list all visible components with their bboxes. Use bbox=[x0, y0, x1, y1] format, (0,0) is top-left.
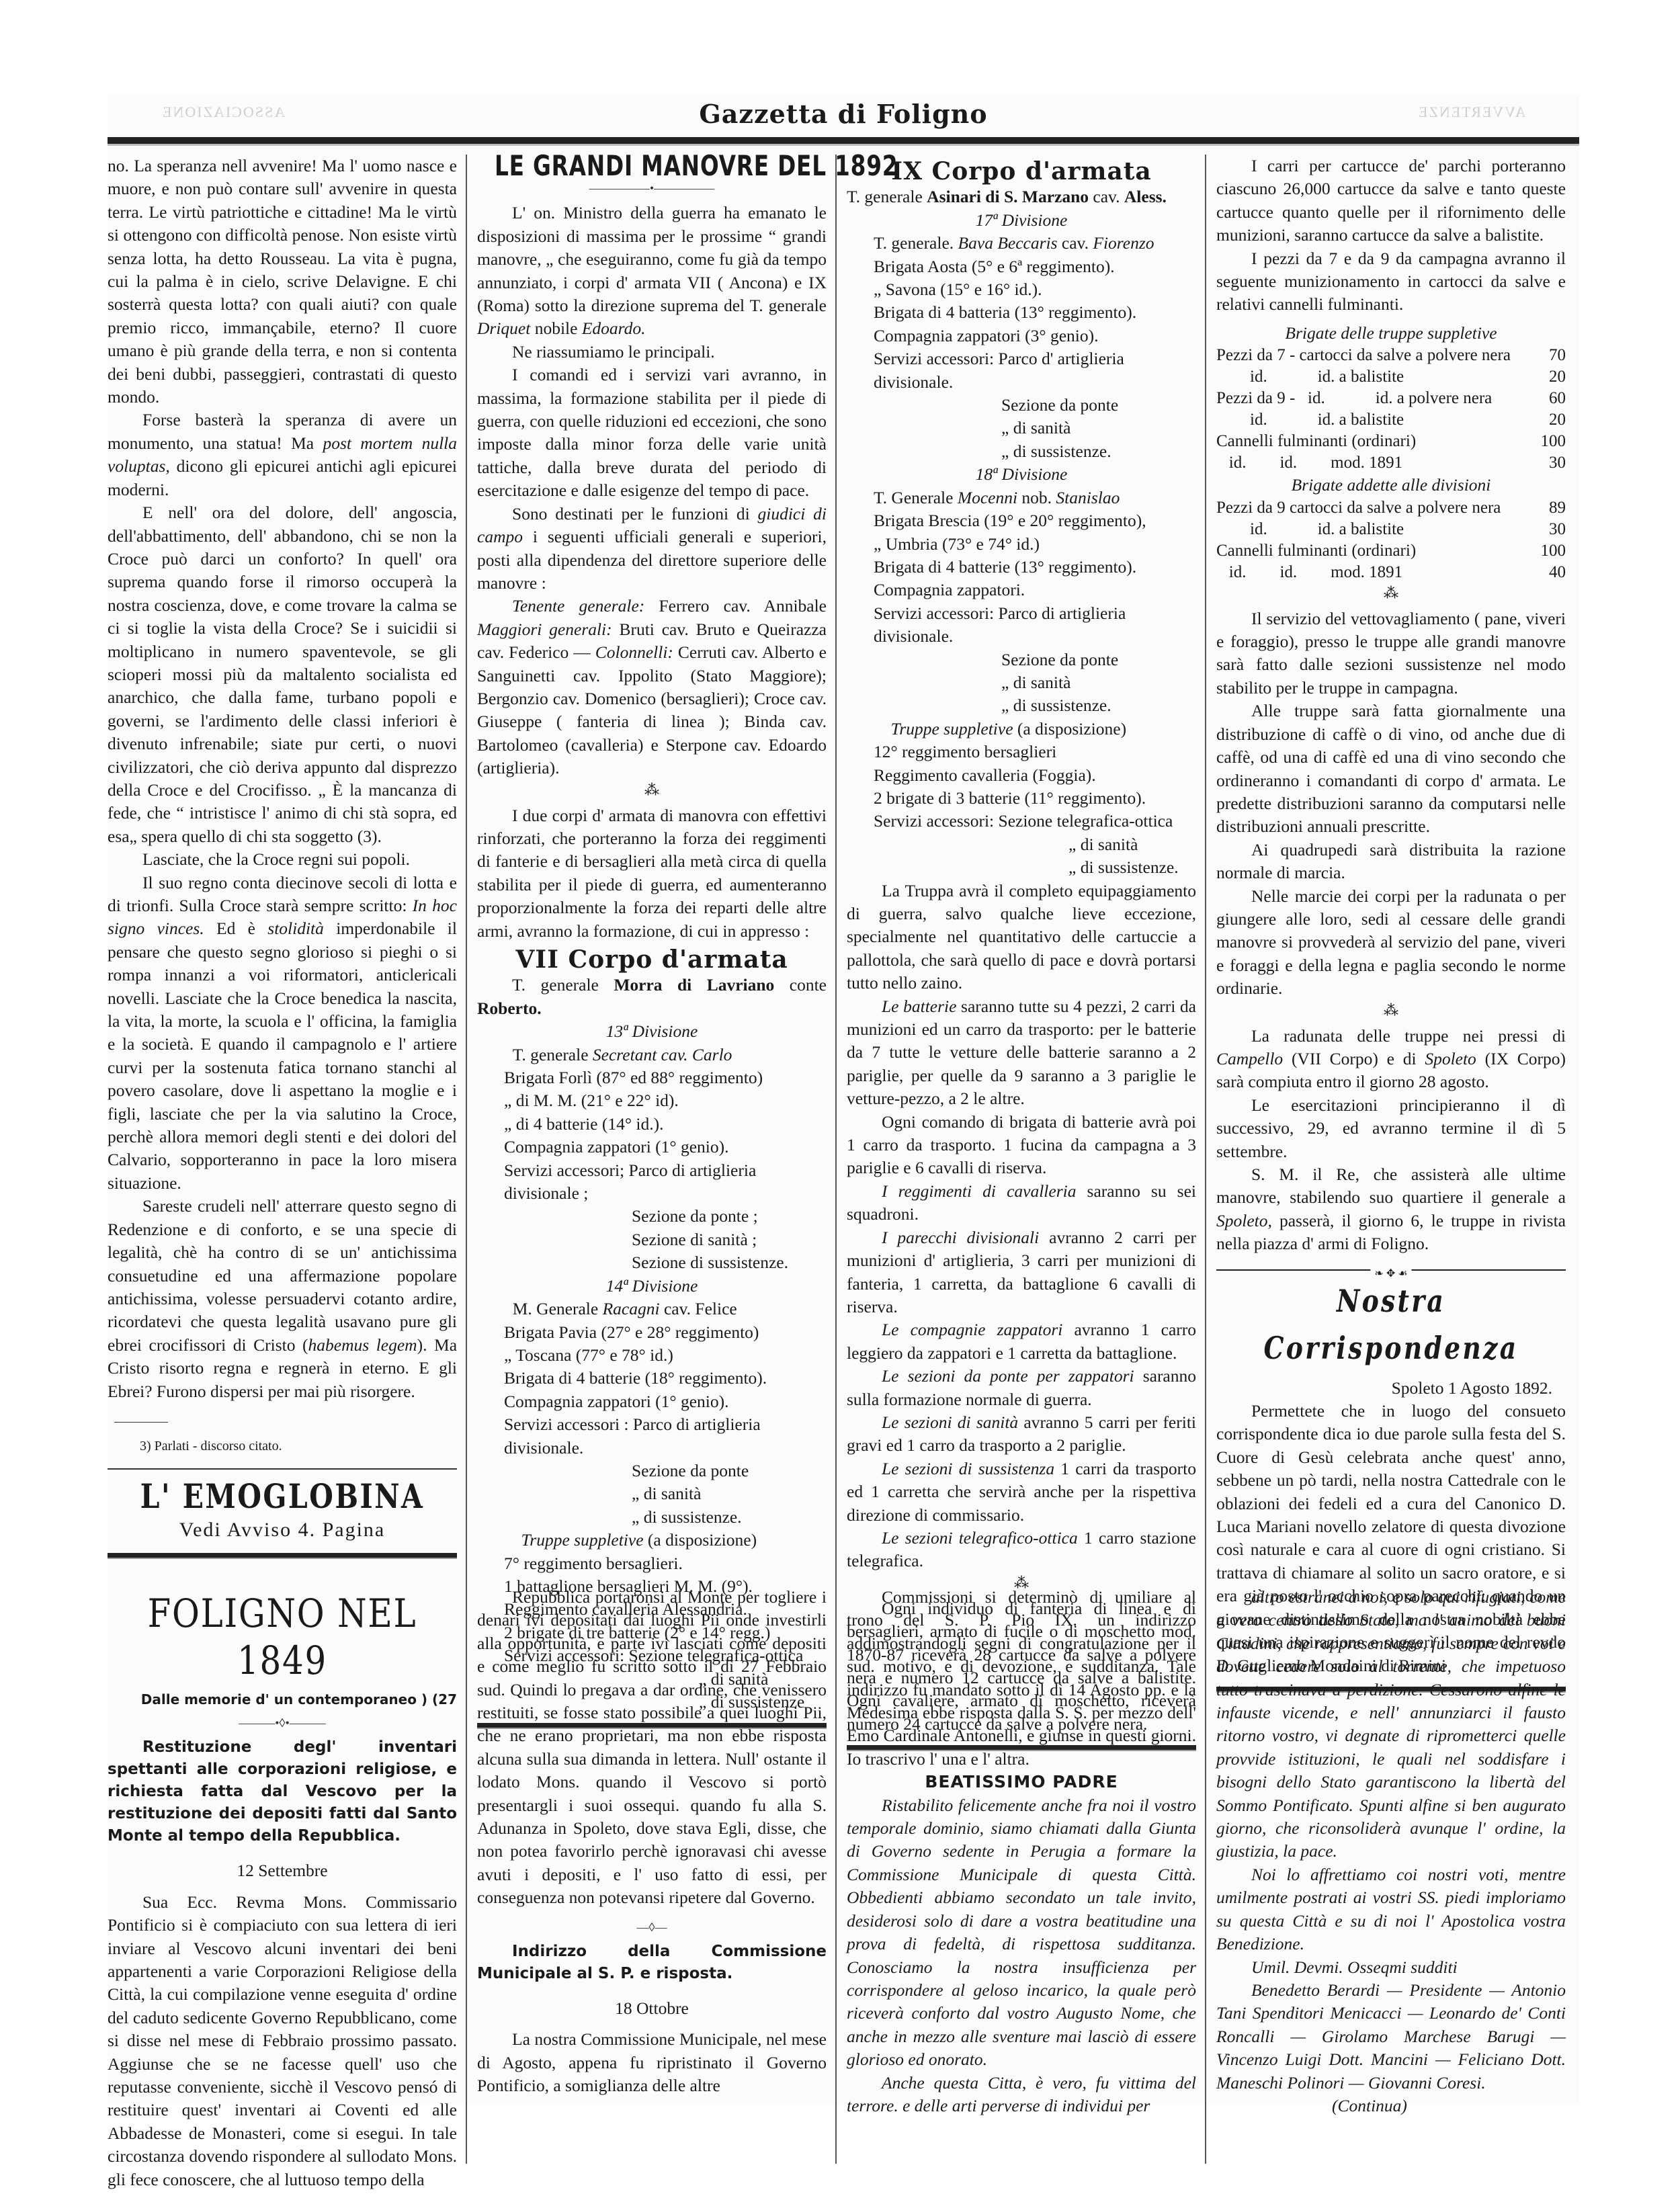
list-line: „ Toscana (77° e 78° id.) bbox=[477, 1344, 827, 1367]
division-commander: T. Generale Mocenni nob. Stanislao bbox=[847, 487, 1196, 509]
ammunition-table-suppletive: Pezzi da 7 - cartocci da salve a polvere… bbox=[1216, 345, 1566, 474]
list-line: 12° reggimento bersaglieri bbox=[847, 741, 1196, 763]
supplementary-heading: Truppe suppletive (a disposizione) bbox=[477, 1529, 827, 1552]
paragraph: T. generale Morra di Lavriano conte Robe… bbox=[477, 974, 827, 1020]
signatories: Benedetto Berardi — Presidente — Antonio… bbox=[1216, 1979, 1566, 2095]
paragraph: Sua Ecc. Revma Mons. Commissario Pontifi… bbox=[108, 1891, 457, 2191]
list-line: Reggimento cavalleria (Foggia). bbox=[847, 764, 1196, 787]
paragraph: Noi lo affrettiamo coi nostri voti, ment… bbox=[1216, 1863, 1566, 1956]
continued-note: (Continua) bbox=[1216, 2095, 1566, 2117]
division-commander: T. generale. Bava Beccaris cav. Fiorenzo bbox=[847, 232, 1196, 255]
paragraph: I parecchi divisionali avranno 2 carri p… bbox=[847, 1226, 1196, 1319]
ornament-rule: ❧ ✥ ☙ bbox=[1216, 1269, 1566, 1275]
ammunition-table-divisions: Pezzi da 9 cartocci da salve a polvere n… bbox=[1216, 497, 1566, 583]
bleed-through-text-right: AVVERTENZE bbox=[1417, 103, 1525, 121]
article-subtitle: Dalle memorie d' un contemporaneo ) (27 bbox=[108, 1688, 457, 1711]
advertisement-title: L' EMOGLOBINA bbox=[139, 1476, 425, 1517]
table-row: Cannelli fulminanti (ordinari)100 bbox=[1216, 540, 1566, 562]
article-summary: Restituzione degl' inventari spettanti a… bbox=[108, 1736, 457, 1847]
paragraph: Le sezioni di sanità avranno 5 carri per… bbox=[847, 1411, 1196, 1458]
section-heading: IX Corpo d'armata bbox=[847, 160, 1196, 183]
list-line: „ Savona (15° e 16° id.). bbox=[847, 278, 1196, 301]
list-line: „ di M. M. (21° e 22° id). bbox=[477, 1089, 827, 1112]
column-3-ix-corpo: IX Corpo d'armata T. generale Asinari di… bbox=[847, 155, 1196, 1751]
division-commander: M. Generale Racagni cav. Felice bbox=[477, 1298, 827, 1320]
paragraph: Sareste crudeli nell' atterrare questo s… bbox=[108, 1195, 457, 1403]
paragraph: E nell' ora del dolore, dell' angoscia, … bbox=[108, 501, 457, 848]
bleed-through-text-left: ASSOCIAZIONE bbox=[161, 103, 285, 121]
list-line: „ di sussistenze. bbox=[847, 440, 1196, 463]
closing: Umil. Devmi. Osseqmi sudditi bbox=[1216, 1956, 1566, 1979]
table-row: Cannelli fulminanti (ordinari)100 bbox=[1216, 431, 1566, 452]
column-divider bbox=[1205, 155, 1206, 2164]
paragraph: Alle truppe sarà fatta giornalmente una … bbox=[1216, 700, 1566, 838]
paragraph: Le esercitazioni principieranno il dì su… bbox=[1216, 1094, 1566, 1163]
division-heading: 14ª Divisione bbox=[477, 1275, 827, 1298]
paragraph: Le sezioni da ponte per zappatori sarann… bbox=[847, 1365, 1196, 1411]
paragraph: L' on. Ministro della guerra ha emanato … bbox=[477, 202, 827, 340]
masthead: ASSOCIAZIONE Gazzetta di Foligno AVVERTE… bbox=[108, 94, 1579, 134]
table-row: Pezzi da 9 - id. id. a polvere nera60 bbox=[1216, 388, 1566, 409]
paragraph: Tenente generale: Ferrero cav. Annibale … bbox=[477, 595, 827, 779]
ornament-rule: ―――――•――――― bbox=[477, 181, 827, 195]
bottom-column-4: altro estranei a noi, e solo qui rifugia… bbox=[1216, 1572, 1566, 2117]
newspaper-title: Gazzetta di Foligno bbox=[699, 99, 987, 129]
paragraph: Le sezioni di sussistenza 1 carri da tra… bbox=[847, 1458, 1196, 1527]
section-heading: VII Corpo d'armata bbox=[477, 948, 827, 971]
paragraph: Il servizio del vettovagliamento ( pane,… bbox=[1216, 607, 1566, 700]
paragraph: La radunata delle truppe nei pressi di C… bbox=[1216, 1025, 1566, 1094]
table-row: Pezzi da 7 - cartocci da salve a polvere… bbox=[1216, 345, 1566, 366]
dateline: 12 Settembre bbox=[108, 1859, 457, 1882]
column-4-munizioni-corrispondenza: I carri per cartucce de' parchi porteran… bbox=[1216, 155, 1566, 1693]
list-line: Compagnia zappatori (1° genio). bbox=[477, 1136, 827, 1158]
list-line: „ di sussistenze. bbox=[477, 1506, 827, 1529]
table-row: id. id. mod. 189130 bbox=[1216, 452, 1566, 474]
paragraph: I comandi ed i servizi vari avranno, in … bbox=[477, 364, 827, 502]
divider bbox=[108, 1468, 457, 1470]
paragraph: Anche questa Citta, è vero, fu vittima d… bbox=[847, 2072, 1196, 2118]
paragraph: Ne riassumiamo le principali. bbox=[477, 341, 827, 364]
footnote-rule bbox=[114, 1422, 168, 1423]
section-subheading: Indirizzo della Commissione Municipale a… bbox=[477, 1941, 827, 1985]
table-row: id. id. mod. 189140 bbox=[1216, 562, 1566, 583]
dateline: Spoleto 1 Agosto 1892. bbox=[1216, 1377, 1566, 1400]
list-line: Sezione da ponte bbox=[847, 394, 1196, 417]
advertisement-subtitle: Vedi Avviso 4. Pagina bbox=[108, 1517, 457, 1544]
column-2-grandi-manovre: LE GRANDI MANOVRE DEL 1892 ―――――•――――― L… bbox=[477, 155, 827, 1729]
list-line: Sezione da ponte ; bbox=[477, 1205, 827, 1228]
paragraph: Forse basterà la speranza di avere un mo… bbox=[108, 409, 457, 501]
paragraph: I reggimenti di cavalleria saranno su se… bbox=[847, 1180, 1196, 1226]
list-line: Servizi accessori: Parco di artiglieria … bbox=[847, 602, 1196, 648]
ornament-rule: —◊— bbox=[477, 1920, 827, 1934]
section-rule bbox=[108, 1553, 457, 1559]
list-line: Brigata Aosta (5° e 6ª reggimento). bbox=[847, 255, 1196, 278]
list-line: Brigata di 4 batteria (13° reggimento). bbox=[847, 301, 1196, 324]
division-heading: 17ª Divisione bbox=[847, 209, 1196, 232]
table-row: id. id. a balistite20 bbox=[1216, 409, 1566, 431]
list-line: „ di sanità bbox=[477, 1482, 827, 1505]
column-1-article-continuation: no. La speranza nell avvenire! Ma l' uom… bbox=[108, 155, 457, 1559]
list-line: Servizi accessori; Parco di artiglieria … bbox=[477, 1159, 827, 1206]
asterism-icon: ⁂ bbox=[1216, 587, 1566, 599]
paragraph: Le batterie saranno tutte su 4 pezzi, 2 … bbox=[847, 995, 1196, 1111]
table-heading: Brigate delle truppe suppletive bbox=[1216, 322, 1566, 345]
paragraph: I pezzi da 7 e da 9 da campagna avranno … bbox=[1216, 247, 1566, 316]
list-line: Compagnia zappatori. bbox=[847, 579, 1196, 601]
article-headline: LE GRANDI MANOVRE DEL 1892 bbox=[495, 155, 809, 177]
paragraph: Il suo regno conta diecinove secoli di l… bbox=[108, 872, 457, 1195]
bottom-column-2: Repubblica portaronsi al Monte per togli… bbox=[477, 1572, 827, 2097]
footnote: 3) Parlati - discorso citato. bbox=[108, 1435, 457, 1458]
article-headline: FOLIGNO NEL 1849 bbox=[132, 1590, 432, 1684]
paragraph: Le compagnie zappatori avranno 1 carro l… bbox=[847, 1318, 1196, 1365]
asterism-icon: ⁂ bbox=[1216, 1005, 1566, 1017]
paragraph: Nelle marcie dei corpi per la radunata o… bbox=[1216, 885, 1566, 1001]
list-line: Sezione da ponte bbox=[847, 648, 1196, 671]
supplementary-heading: Truppe suppletive (a disposizione) bbox=[847, 718, 1196, 741]
list-line: Sezione da ponte bbox=[477, 1460, 827, 1482]
list-line: „ di sussistenze. bbox=[847, 694, 1196, 717]
list-line: Servizi accessori: Sezione telegrafica-o… bbox=[847, 810, 1196, 833]
table-row: id. id. a balistite30 bbox=[1216, 519, 1566, 540]
list-line: Brigata di 4 batterie (13° reggimento). bbox=[847, 556, 1196, 579]
list-line: 7° reggimento bersaglieri. bbox=[477, 1552, 827, 1575]
list-line: Brigata di 4 batterie (18° reggimento). bbox=[477, 1367, 827, 1390]
ornament-rule: ―――•◊•――― bbox=[108, 1716, 457, 1730]
paragraph: Ristabilito felicemente anche fra noi il… bbox=[847, 1794, 1196, 2072]
list-line: „ di sanità bbox=[847, 671, 1196, 694]
list-line: Brigata Brescia (19° e 20° reggimento), bbox=[847, 509, 1196, 532]
column-divider bbox=[466, 155, 467, 2164]
list-line: Servizi accessori: Parco d' artiglieria … bbox=[847, 347, 1196, 394]
list-line: „ di 4 batterie (14° id.). bbox=[477, 1113, 827, 1136]
table-row: Pezzi da 9 cartocci da salve a polvere n… bbox=[1216, 497, 1566, 519]
paragraph: La nostra Commissione Municipale, nel me… bbox=[477, 2028, 827, 2097]
column-divider bbox=[835, 155, 837, 2164]
paragraph: S. M. il Re, che assisterà alle ultime m… bbox=[1216, 1163, 1566, 1256]
table-row: id. id. a balistite20 bbox=[1216, 366, 1566, 388]
paragraph: I due corpi d' armata di manovra con eff… bbox=[477, 804, 827, 943]
list-line: 2 brigate di 3 batterie (11° reggimento)… bbox=[847, 787, 1196, 810]
list-line: „ di sanità bbox=[847, 417, 1196, 439]
list-line: „ di sussistenze. bbox=[847, 856, 1196, 879]
list-line: Brigata Pavia (27° e 28° reggimento) bbox=[477, 1321, 827, 1344]
newspaper-page: ASSOCIAZIONE Gazzetta di Foligno AVVERTE… bbox=[108, 94, 1579, 2103]
asterism-icon: ⁂ bbox=[477, 784, 827, 796]
paragraph: Ogni comando di brigata di batterie avrà… bbox=[847, 1111, 1196, 1180]
paragraph: no. La speranza nell avvenire! Ma l' uom… bbox=[108, 155, 457, 409]
paragraph: Le sezioni telegrafico-ottica 1 carro st… bbox=[847, 1527, 1196, 1573]
paragraph: Ai quadrupedi sarà distribuita la razion… bbox=[1216, 839, 1566, 885]
paragraph: Commissioni si determinò di umiliare al … bbox=[847, 1586, 1196, 1771]
masthead-rule bbox=[108, 137, 1579, 146]
list-line: Brigata Forlì (87° ed 88° reggimento) bbox=[477, 1066, 827, 1089]
corps-commander: T. generale Asinari di S. Marzano cav. A… bbox=[847, 185, 1196, 208]
list-line: Sezione di sanità ; bbox=[477, 1228, 827, 1251]
letter-heading: BEATISSIMO PADRE bbox=[847, 1771, 1196, 1793]
bottom-column-1: FOLIGNO NEL 1849 Dalle memorie d' un con… bbox=[108, 1572, 457, 2191]
division-heading: 13ª Divisione bbox=[477, 1020, 827, 1043]
list-line: Sezione di sussistenze. bbox=[477, 1251, 827, 1274]
paragraph: Repubblica portaronsi al Monte per togli… bbox=[477, 1586, 827, 1910]
table-heading: Brigate addette alle divisioni bbox=[1216, 474, 1566, 497]
bottom-column-3: Commissioni si determinò di umiliare al … bbox=[847, 1572, 1196, 2117]
paragraph: Sono destinati per le funzioni di giudic… bbox=[477, 503, 827, 595]
section-title-decorative: Nostra Corrispondenza bbox=[1248, 1277, 1534, 1371]
paragraph: altro estranei a noi, e solo qui rifugia… bbox=[1216, 1586, 1566, 1863]
list-line: Compagnia zappatori (3° genio). bbox=[847, 325, 1196, 347]
paragraph: I carri per cartucce de' parchi porteran… bbox=[1216, 155, 1566, 247]
paragraph: Lasciate, che la Croce regni sui popoli. bbox=[108, 848, 457, 871]
list-line: Servizi accessori : Parco di artiglieria… bbox=[477, 1413, 827, 1460]
division-commander: T. generale Secretant cav. Carlo bbox=[477, 1044, 827, 1066]
list-line: „ di sanità bbox=[847, 833, 1196, 856]
division-heading: 18ª Divisione bbox=[847, 463, 1196, 486]
dateline: 18 Ottobre bbox=[477, 1997, 827, 2020]
list-line: Compagnia zappatori (1° genio). bbox=[477, 1390, 827, 1413]
list-line: „ Umbria (73° e 74° id.) bbox=[847, 533, 1196, 556]
paragraph: La Truppa avrà il completo equipaggiamen… bbox=[847, 880, 1196, 995]
